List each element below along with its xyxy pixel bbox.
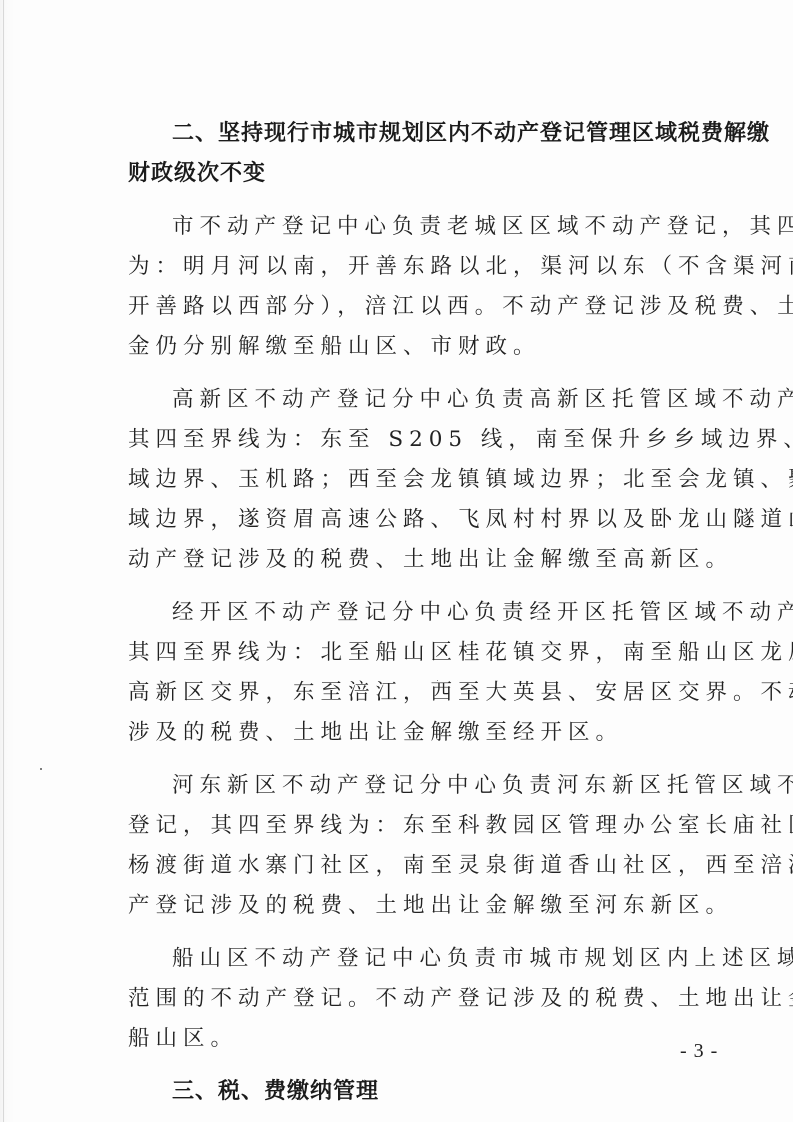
heading-line: 三、税、费缴纳管理 (128, 1072, 720, 1112)
text-line: 域边界、玉机路；西至会龙镇镇域边界；北至会龙镇、聚贤镇镇 (128, 460, 720, 500)
text-line: 涉及的税费、土地出让金解缴至经开区。 (128, 713, 720, 753)
page-number: - 3 - (680, 1040, 718, 1063)
paragraph-hitech-zone: 高新区不动产登记分中心负责高新区托管区域不动产登记， 其四至界线为：东至 S20… (128, 380, 720, 580)
text-line: 其四至界线为：东至 S205 线，南至保升乡乡域边界、聚贤镇镇 (128, 420, 720, 460)
paragraph-economic-zone: 经开区不动产登记分中心负责经开区托管区域不动产登记， 其四至界线为：北至船山区桂… (128, 593, 720, 753)
document-body: 二、坚持现行市城市规划区内不动产登记管理区域税费解缴 财政级次不变 市不动产登记… (128, 114, 720, 1112)
scan-speck (40, 768, 42, 770)
scan-speck (437, 680, 438, 681)
page-edge-shadow (3, 0, 4, 1122)
text-line: 河东新区不动产登记分中心负责河东新区托管区域不动产 (128, 766, 720, 806)
text-line: 船山区。 (128, 1019, 720, 1059)
text-line: 其四至界线为：北至船山区桂花镇交界，南至船山区龙凤古镇、 (128, 633, 720, 673)
heading-line: 二、坚持现行市城市规划区内不动产登记管理区域税费解缴 (128, 114, 720, 154)
text-line: 开善路以西部分），涪江以西。不动产登记涉及税费、土地出让 (128, 287, 720, 327)
paragraph-hedong-district: 河东新区不动产登记分中心负责河东新区托管区域不动产 登记，其四至界线为：东至科教… (128, 766, 720, 926)
section-heading-3: 三、税、费缴纳管理 (128, 1072, 720, 1112)
text-line: 动产登记涉及的税费、土地出让金解缴至高新区。 (128, 540, 720, 580)
text-line: 登记，其四至界线为：东至科教园区管理办公室长庙社区，北至 (128, 806, 720, 846)
text-line: 范围的不动产登记。不动产登记涉及的税费、土地出让金解缴至 (128, 979, 720, 1019)
section-heading-2: 二、坚持现行市城市规划区内不动产登记管理区域税费解缴 财政级次不变 (128, 114, 720, 194)
paragraph-chuanshan-district: 船山区不动产登记中心负责市城市规划区内上述区域以外 范围的不动产登记。不动产登记… (128, 939, 720, 1059)
document-page: 二、坚持现行市城市规划区内不动产登记管理区域税费解缴 财政级次不变 市不动产登记… (0, 0, 793, 1122)
text-line: 市不动产登记中心负责老城区区域不动产登记，其四至界线 (128, 207, 720, 247)
text-line: 域边界，遂资眉高速公路、飞凤村村界以及卧龙山隧道山脊。不 (128, 500, 720, 540)
text-line: 产登记涉及的税费、土地出让金解缴至河东新区。 (128, 886, 720, 926)
text-line: 高新区不动产登记分中心负责高新区托管区域不动产登记， (128, 380, 720, 420)
text-line: 为：明月河以南，开善东路以北，渠河以东（不含渠河南路以南、 (128, 247, 720, 287)
text-line: 杨渡街道水寨门社区，南至灵泉街道香山社区，西至涪江。不动 (128, 846, 720, 886)
paragraph-city-center: 市不动产登记中心负责老城区区域不动产登记，其四至界线 为：明月河以南，开善东路以… (128, 207, 720, 367)
heading-line: 财政级次不变 (128, 154, 720, 194)
text-line: 经开区不动产登记分中心负责经开区托管区域不动产登记， (128, 593, 720, 633)
text-line: 高新区交界，东至涪江，西至大英县、安居区交界。不动产登记 (128, 673, 720, 713)
text-line: 船山区不动产登记中心负责市城市规划区内上述区域以外 (128, 939, 720, 979)
text-line: 金仍分别解缴至船山区、市财政。 (128, 327, 720, 367)
